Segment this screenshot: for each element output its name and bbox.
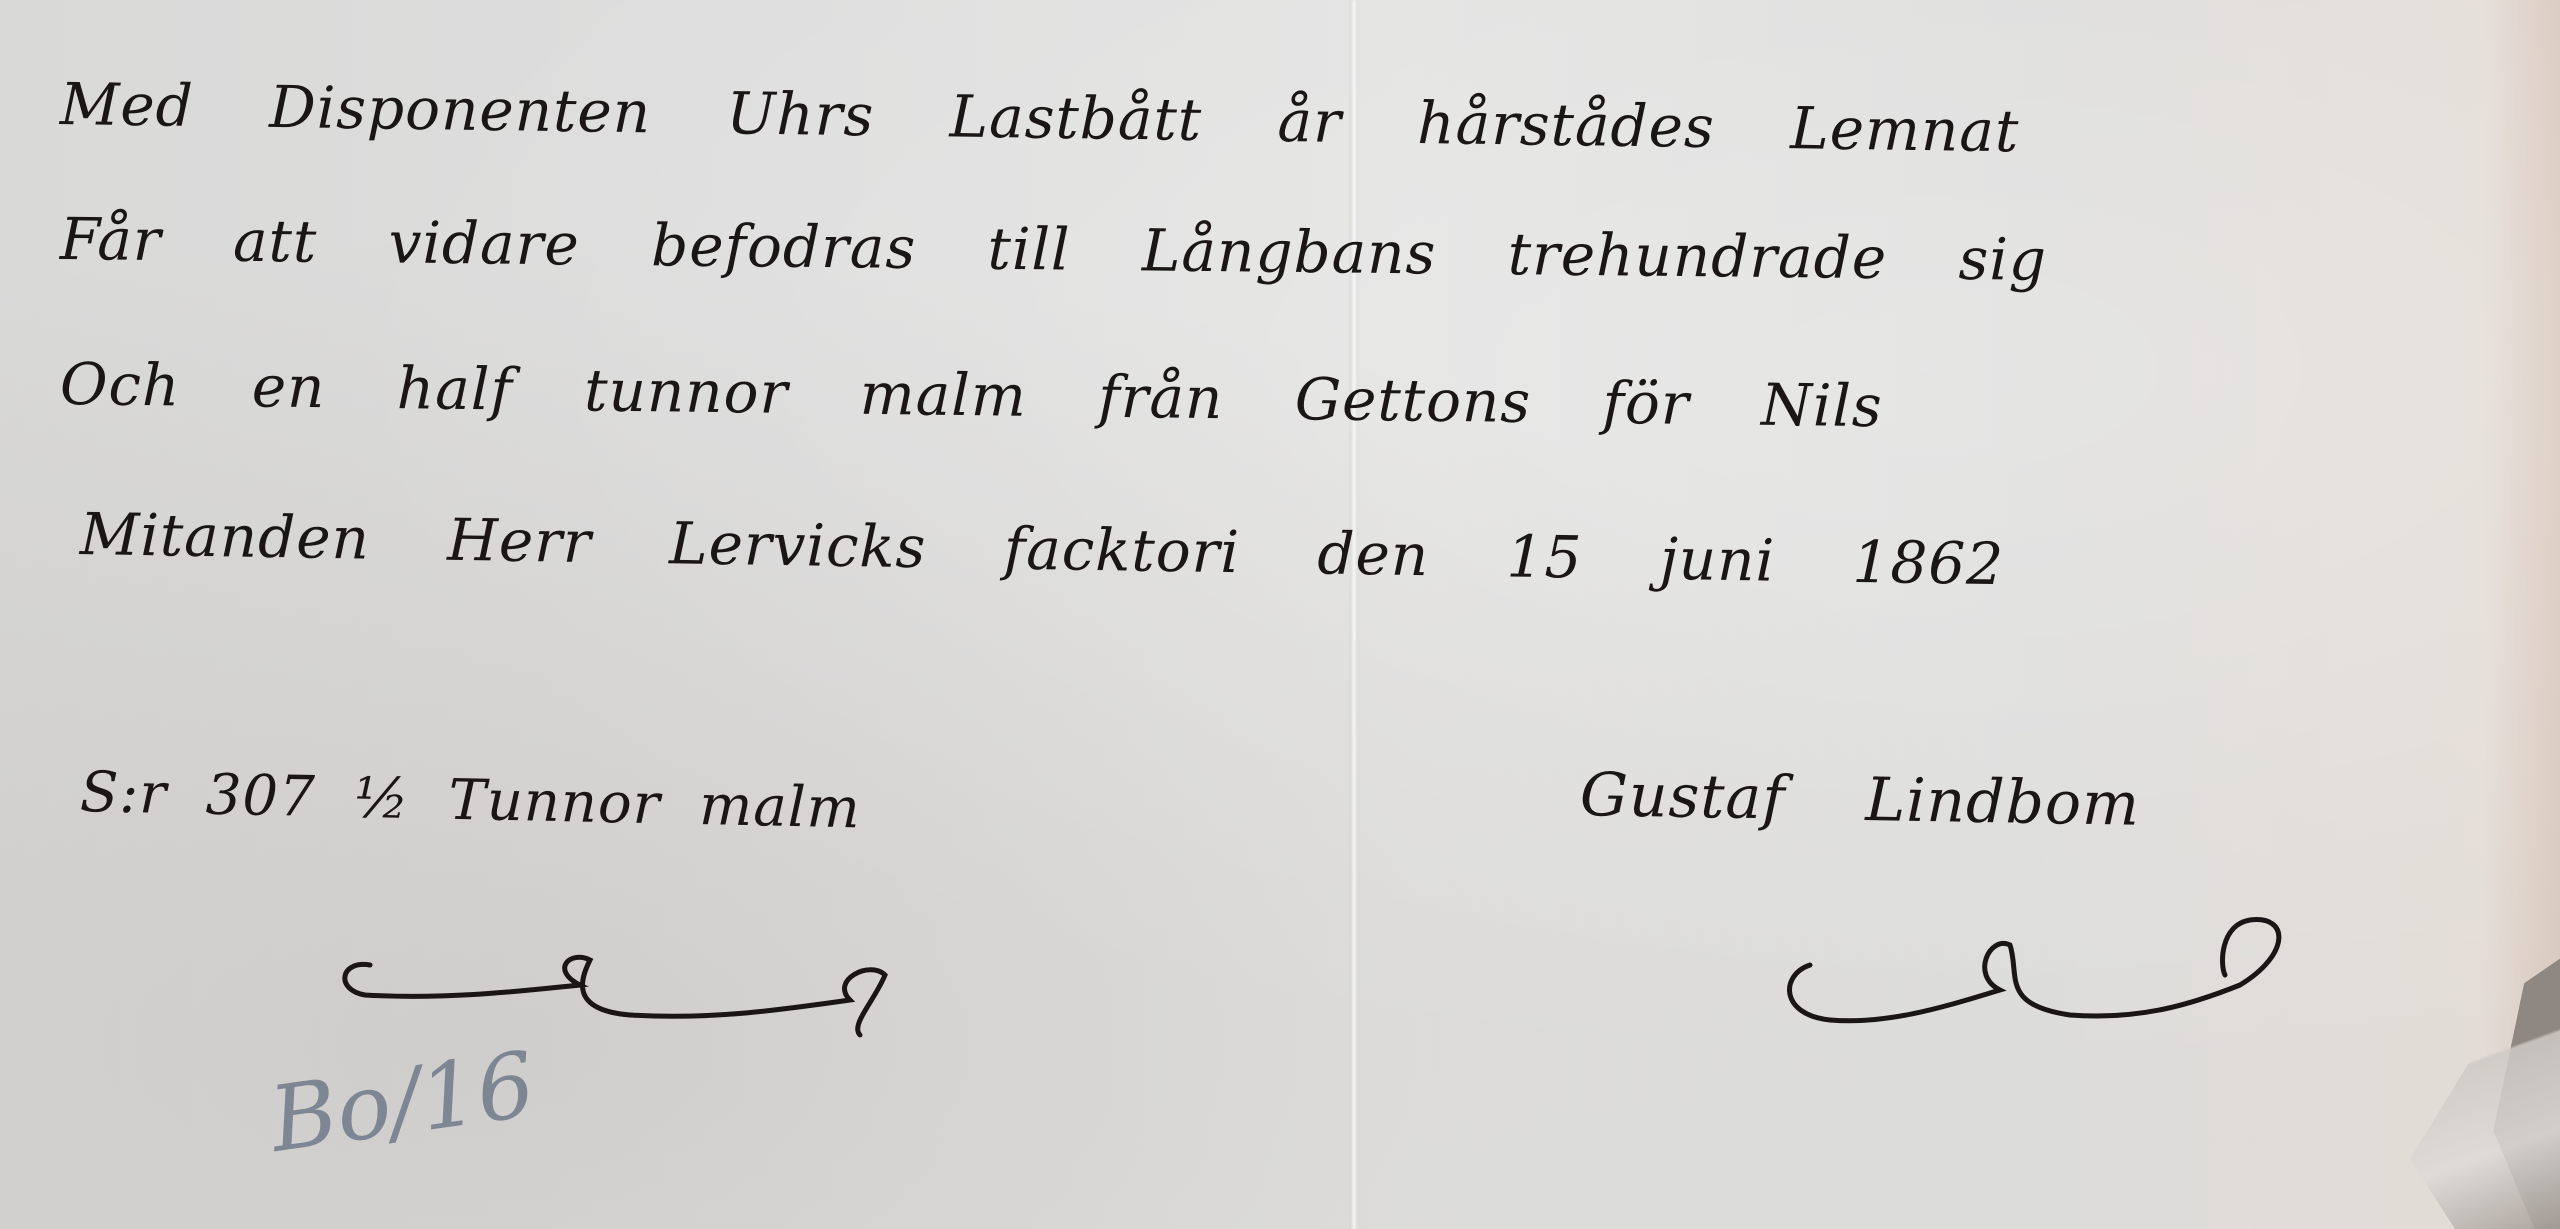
flourish-right-icon [1770,905,2330,1055]
signature: Gustaf Lindbom [1579,760,2140,840]
flourish-left-icon [330,940,950,1060]
fold-crease [1350,0,1358,1229]
